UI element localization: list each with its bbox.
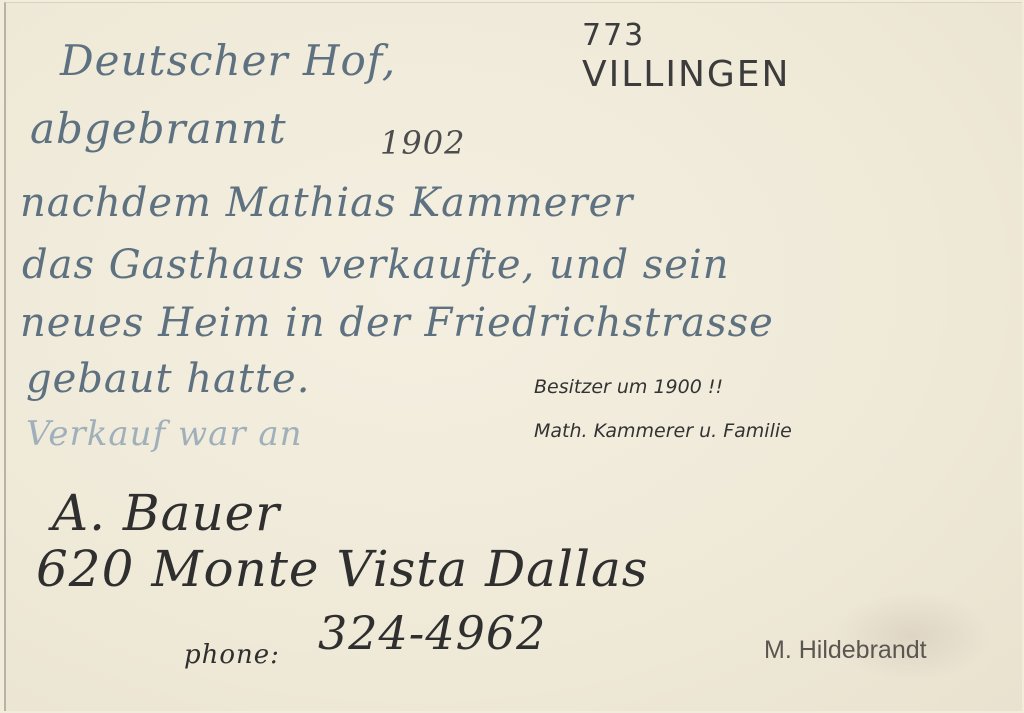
text-line-5: neues Heim in der Friedrichstrasse bbox=[20, 300, 774, 346]
text-abgebrannt: abgebrannt bbox=[30, 104, 287, 153]
text-line-3: nachdem Mathias Kammerer bbox=[20, 180, 633, 226]
side-note-line-1: Besitzer um 1900 !! bbox=[534, 376, 723, 398]
address-name: A. Bauer bbox=[52, 484, 280, 542]
side-note-line-2: Math. Kammerer u. Familie bbox=[534, 420, 792, 442]
text-line-6: gebaut hatte. bbox=[26, 356, 310, 402]
text-line-4: das Gasthaus verkaufte, und sein bbox=[22, 242, 730, 288]
phone-number: 324-4962 bbox=[318, 606, 546, 660]
postal-number: 773 bbox=[582, 18, 645, 53]
text-year: 1902 bbox=[380, 124, 465, 162]
text-line-7-faded: Verkauf war an bbox=[26, 414, 303, 454]
watermark: M. Hildebrandt bbox=[764, 636, 927, 665]
place-name: VILLINGEN bbox=[582, 54, 790, 95]
phone-label: phone: bbox=[184, 640, 280, 670]
address-street: 620 Monte Vista Dallas bbox=[36, 540, 648, 598]
heading-deutscher-hof: Deutscher Hof, bbox=[60, 36, 396, 85]
